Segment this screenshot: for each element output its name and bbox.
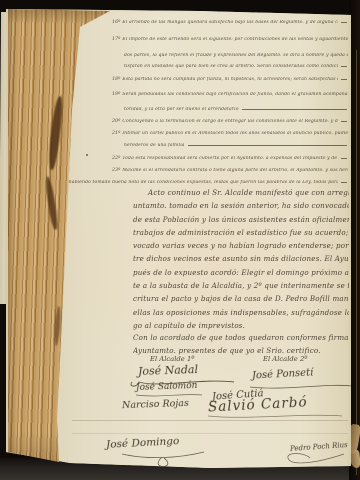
ink-rule xyxy=(341,158,347,159)
paragraph-line: go al capítulo de imprevistos. xyxy=(133,319,349,332)
paragraph-line: de esta Población y los únicos asistente… xyxy=(133,213,349,226)
ink-rule xyxy=(341,66,347,67)
condition-text: Máxime si el arrendatario contrata o tie… xyxy=(122,168,348,173)
condition-text: El importe de este arriendo será el sigu… xyxy=(122,37,348,42)
condition-line: 22º Toda esta responsabilidad será cubie… xyxy=(112,153,348,161)
paragraph-line: trabajos de administración el estadístic… xyxy=(133,226,349,239)
condition-line: 20º Concluyendo a la terminación el carg… xyxy=(112,116,348,124)
paragraph-line: vocado varias veces y no habían logrado … xyxy=(133,239,349,252)
signature-jose-ponseti: José Ponsetí xyxy=(252,367,314,381)
condition-line: 16º El arriendo de las mangas quedará sa… xyxy=(112,17,348,25)
signature-flourish xyxy=(206,412,346,420)
condition-text: Intimar un cartel público en el Almotacé… xyxy=(122,131,348,136)
signature-flourish xyxy=(248,381,354,391)
edge-crack xyxy=(44,176,58,230)
signature-narciso-rojas: Narciso Rojas xyxy=(122,398,189,411)
condition-line: 17º El importe de este arriendo será el … xyxy=(112,34,348,42)
book-photograph: 16º El arriendo de las mangas quedará sa… xyxy=(0,0,360,480)
closing-formula: Con lo acordado de que todos quedaron co… xyxy=(133,332,349,357)
paragraph-line: pués de lo expuesto acordó: Elegir el do… xyxy=(133,266,349,279)
condition-text: Serán penduladas las condiciones bajo ce… xyxy=(122,92,348,97)
condition-number: 23º xyxy=(112,168,120,173)
ink-speck xyxy=(86,154,88,156)
condition-text: Toda esta responsabilidad será cubierta … xyxy=(122,156,338,161)
condition-line: tisfarán en unidades que para bien se cr… xyxy=(124,61,348,69)
ink-rule xyxy=(341,79,347,80)
edge-crack xyxy=(54,306,62,346)
next-page-edge-line xyxy=(356,50,357,475)
ink-rule xyxy=(188,145,347,146)
condition-line: 23º Máxime si el arrendatario contrata o… xyxy=(112,165,348,173)
ink-rule xyxy=(341,121,347,122)
condition-number: 20º xyxy=(112,119,120,124)
signature-flourish xyxy=(134,392,204,398)
condition-number: 16º xyxy=(112,20,120,25)
condition-text: toridad, y la otra por ser dueño el arre… xyxy=(124,107,239,112)
condition-line: 21º Intimar un cartel público en el Almo… xyxy=(112,128,348,136)
signature-header-alcalde-2: El Alcalde 2º xyxy=(263,355,307,363)
condition-line: dos partes, la que refieren el fraude y … xyxy=(124,50,348,58)
closing-line: Con lo acordado de que todos quedaron co… xyxy=(133,332,349,345)
paragraph-line: ellas las oposiciones más indispensables… xyxy=(133,306,349,319)
condition-number: 17º xyxy=(112,37,120,42)
condition-number: 21º xyxy=(112,131,120,136)
condition-text: tisfarán en unidades que para bien se cr… xyxy=(124,64,338,69)
condition-number: 19º xyxy=(112,92,120,97)
paragraph-line: te a la subasta de la Alcaldía, y 2º que… xyxy=(133,279,349,292)
condition-text: herederos de una familia xyxy=(124,143,185,148)
ruled-guide-line xyxy=(72,420,348,421)
signature-header-alcalde-1: El Alcalde 1º xyxy=(150,355,194,363)
ink-rule xyxy=(341,22,347,23)
ink-rule xyxy=(341,182,347,183)
condition-text: El arriendo de las mangas quedará satisf… xyxy=(122,20,338,25)
condition-line: toridad, y la otra por ser dueño el arre… xyxy=(124,104,348,112)
condition-text: Y habiendo tomado buena nota de las cond… xyxy=(64,180,338,185)
ink-rule xyxy=(242,109,347,110)
edge-crack xyxy=(47,96,64,171)
condition-line: Y habiendo tomado buena nota de las cond… xyxy=(64,177,348,185)
condition-text: Concluyendo a la terminación el cargo de… xyxy=(122,119,338,124)
condition-line: herederos de una familia xyxy=(124,140,348,148)
condition-line: 19º Serán penduladas las condiciones baj… xyxy=(112,89,348,97)
paragraph-line: critura el pacto y bajos de la casa de D… xyxy=(133,292,349,305)
signature-flourish xyxy=(284,450,348,468)
condition-number: 18º xyxy=(112,77,120,82)
paragraph-line: tre dichos vecinos este asunto sin más d… xyxy=(133,252,349,265)
condition-number: 22º xyxy=(112,156,120,161)
ruled-guide-line xyxy=(72,433,348,434)
paragraph-line: Acto continuo el Sr. Alcalde manifestó q… xyxy=(133,186,349,199)
condition-text: dos partes, la que refieren el fraude y … xyxy=(124,53,348,58)
condition-line: 18º Esta partida no será cumplida por fi… xyxy=(112,74,348,82)
minute-paragraph: Acto continuo el Sr. Alcalde manifestó q… xyxy=(133,186,349,332)
condition-text: Esta partida no será cumplida por fianza… xyxy=(122,77,338,82)
paragraph-line: untamto. tomado en la sesión anterior, h… xyxy=(133,199,349,212)
